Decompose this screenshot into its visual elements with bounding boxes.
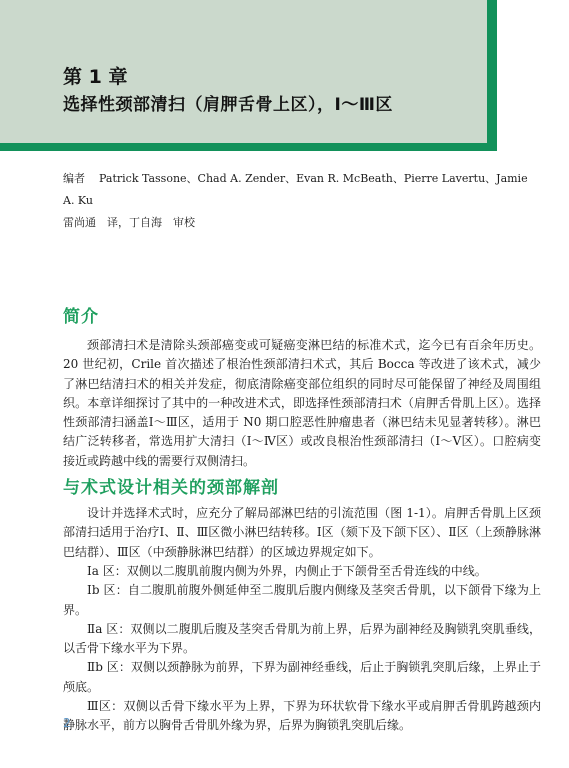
translators-line: 雷尚通 译，丁自海 审校: [63, 212, 541, 234]
byline: 编者Patrick Tassone、Chad A. Zender、Evan R.…: [63, 168, 541, 234]
anatomy-paragraph: 设计并选择术式时，应充分了解局部淋巴结的引流范围（图 1-1）。肩胛舌骨肌上区颈…: [63, 504, 541, 562]
page-number: 2: [63, 716, 71, 730]
section-heading-intro: 简介: [63, 306, 541, 328]
chapter-number: 第 1 章: [63, 64, 467, 91]
intro-paragraph: 颈部清扫术是清除头颈部癌变或可疑癌变淋巴结的标准术式，迄今已有百余年历史。20 …: [63, 336, 541, 471]
zone-item-2a: Ⅱa 区：双侧以二腹肌后腹及茎突舌骨肌为前上界，后界为副神经及胸锁乳突肌垂线，以…: [63, 620, 541, 659]
zone-item-3: Ⅲ区：双侧以舌骨下缘水平为上界，下界为环状软骨下缘水平或肩胛舌骨肌跨越颈内静脉水…: [63, 697, 541, 736]
editors-line: 编者Patrick Tassone、Chad A. Zender、Evan R.…: [63, 168, 541, 212]
section-heading-anatomy: 与术式设计相关的颈部解剖: [63, 477, 541, 499]
editors-names: Patrick Tassone、Chad A. Zender、Evan R. M…: [63, 172, 528, 207]
zone-item-2b: Ⅱb 区：双侧以颈静脉为前界，下界为副神经垂线，后止于胸锁乳突肌后缘，上界止于颅…: [63, 658, 541, 697]
chapter-header-band: 第 1 章 选择性颈部清扫（肩胛舌骨上区），Ⅰ～Ⅲ区: [0, 0, 497, 151]
book-page: 第 1 章 选择性颈部清扫（肩胛舌骨上区），Ⅰ～Ⅲ区 编者Patrick Tas…: [0, 0, 569, 768]
chapter-header-panel: 第 1 章 选择性颈部清扫（肩胛舌骨上区），Ⅰ～Ⅲ区: [0, 0, 487, 143]
zone-item-1b: Ⅰb 区：自二腹肌前腹外侧延伸至二腹肌后腹内侧缘及茎突舌骨肌，以下颌骨下缘为上界…: [63, 581, 541, 620]
zone-item-1a: Ⅰa 区：双侧以二腹肌前腹内侧为外界，内侧止于下颌骨至舌骨连线的中线。: [63, 562, 541, 581]
page-content: 编者Patrick Tassone、Chad A. Zender、Evan R.…: [0, 151, 569, 736]
chapter-title: 选择性颈部清扫（肩胛舌骨上区），Ⅰ～Ⅲ区: [63, 93, 467, 117]
editors-label: 编者: [63, 172, 85, 185]
